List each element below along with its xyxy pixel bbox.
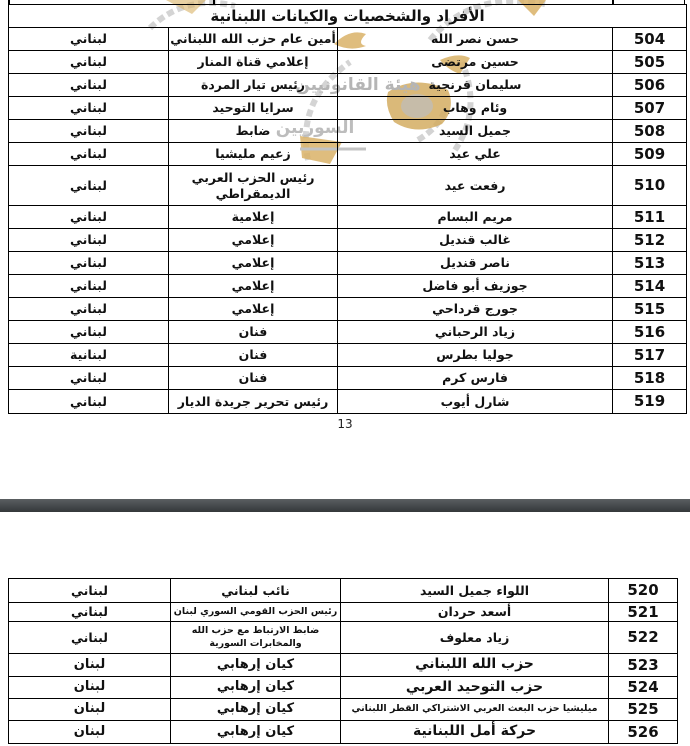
table-row: لبناني إعلامي ناصر قنديل 513 — [9, 252, 686, 275]
cell-role: رئيس الحزب العربي الديمقراطي — [169, 166, 338, 205]
table-page-13: الأفراد والشخصيات والكيانات اللبنانية لب… — [8, 4, 687, 414]
table-row: لبنانية فنان جوليا بطرس 517 — [9, 344, 686, 367]
cell-nationality: لبناني — [9, 97, 169, 119]
cell-role: كيان إرهابي — [171, 654, 341, 676]
cell-name: غالب قنديل — [338, 229, 613, 251]
cell-name: حسين مرتضى — [338, 51, 613, 73]
page-number: 13 — [0, 417, 690, 431]
table-row: لبناني ضابط جميل السيد 508 — [9, 120, 686, 143]
cell-name: اللواء جميل السيد — [341, 579, 609, 602]
cell-name: فارس كرم — [338, 367, 613, 389]
cell-role: أمين عام حزب الله اللبناني — [169, 28, 338, 50]
cell-name: علي عيد — [338, 143, 613, 165]
cell-role: إعلامي — [169, 275, 338, 297]
cell-number: 513 — [613, 252, 686, 274]
cell-role: ضابط الارتباط مع حزب الله والمخابرات الس… — [171, 622, 341, 653]
cell-role: إعلامي قناة المنار — [169, 51, 338, 73]
cell-role: فنان — [169, 344, 338, 366]
cell-number: 510 — [613, 166, 686, 205]
cell-name: مريم البسام — [338, 206, 613, 228]
cell-name: جميل السيد — [338, 120, 613, 142]
cell-role: ضابط — [169, 120, 338, 142]
cell-name: حسن نصر الله — [338, 28, 613, 50]
cell-number: 517 — [613, 344, 686, 366]
cell-name: سليمان فرنجية — [338, 74, 613, 96]
cell-nationality: لبناني — [9, 166, 169, 205]
cell-role: كيان إرهابي — [171, 677, 341, 698]
cell-number: 511 — [613, 206, 686, 228]
table-row: لبناني إعلامي جورج قرداحي 515 — [9, 298, 686, 321]
table-row: لبناني رئيس الحزب العربي الديمقراطي رفعت… — [9, 166, 686, 206]
cell-number: 524 — [609, 677, 677, 698]
cell-name: حزب الله اللبناني — [341, 654, 609, 676]
table-row: لبنان كيان إرهابي حزب الله اللبناني 523 — [9, 654, 677, 677]
cell-number: 522 — [609, 622, 677, 653]
cell-nationality: لبناني — [9, 28, 169, 50]
cell-role: إعلامي — [169, 298, 338, 320]
cell-role: فنان — [169, 367, 338, 389]
cell-number: 521 — [609, 603, 677, 621]
cell-number: 525 — [609, 699, 677, 720]
cell-name: وئام وهاب — [338, 97, 613, 119]
cell-number: 514 — [613, 275, 686, 297]
cell-name: رفعت عيد — [338, 166, 613, 205]
cell-nationality: لبنانية — [9, 344, 169, 366]
cell-name: زياد معلوف — [341, 622, 609, 653]
cell-number: 523 — [609, 654, 677, 676]
table-row: لبناني رئيس الحزب القومي السوري لبنان أس… — [9, 603, 677, 622]
cell-role: إعلامي — [169, 229, 338, 251]
cell-name: جوليا بطرس — [338, 344, 613, 366]
cell-role: رئيس الحزب القومي السوري لبنان — [171, 603, 341, 621]
table-row: لبناني زعيم مليشيا علي عيد 509 — [9, 143, 686, 166]
table-row: لبناني إعلامي غالب قنديل 512 — [9, 229, 686, 252]
cell-number: 515 — [613, 298, 686, 320]
document-page: هيئة القانونيين السوريين الأفراد والشخصي… — [0, 0, 690, 746]
cell-role: زعيم مليشيا — [169, 143, 338, 165]
cell-number: 512 — [613, 229, 686, 251]
cell-role: كيان إرهابي — [171, 721, 341, 743]
cell-nationality: لبناني — [9, 252, 169, 274]
cell-name: جورج قرداحي — [338, 298, 613, 320]
cell-number: 509 — [613, 143, 686, 165]
cell-name: ميليشيا حزب البعث العربي الاشتراكي القطر… — [341, 699, 609, 720]
cell-number: 507 — [613, 97, 686, 119]
cell-nationality: لبناني — [9, 74, 169, 96]
cell-nationality: لبنان — [9, 677, 171, 698]
table-row: لبناني رئيس تحرير جريدة الديار شارل أيوب… — [9, 390, 686, 413]
table-row: لبناني إعلامي جوزيف أبو فاضل 514 — [9, 275, 686, 298]
cell-nationality: لبنان — [9, 699, 171, 720]
section-header-row: الأفراد والشخصيات والكيانات اللبنانية — [9, 5, 686, 28]
table-row: لبنان كيان إرهابي حزب التوحيد العربي 524 — [9, 677, 677, 699]
cell-role: نائب لبناني — [171, 579, 341, 602]
cell-name: زياد الرحباني — [338, 321, 613, 343]
table-row: لبناني سرايا التوحيد وئام وهاب 507 — [9, 97, 686, 120]
cell-role: إعلامي — [169, 252, 338, 274]
cell-name: حركة أمل اللبنانية — [341, 721, 609, 743]
cell-number: 504 — [613, 28, 686, 50]
cell-nationality: لبناني — [9, 390, 169, 413]
cell-number: 526 — [609, 721, 677, 743]
cell-number: 505 — [613, 51, 686, 73]
cell-nationality: لبناني — [9, 579, 171, 602]
section-header: الأفراد والشخصيات والكيانات اللبنانية — [9, 5, 686, 27]
cell-number: 519 — [613, 390, 686, 413]
cell-name: حزب التوحيد العربي — [341, 677, 609, 698]
table-row: لبناني نائب لبناني اللواء جميل السيد 520 — [9, 579, 677, 603]
cell-number: 520 — [609, 579, 677, 602]
table-row: لبناني أمين عام حزب الله اللبناني حسن نص… — [9, 28, 686, 51]
cell-number: 516 — [613, 321, 686, 343]
cell-number: 508 — [613, 120, 686, 142]
table-row: لبنان كيان إرهابي ميليشيا حزب البعث العر… — [9, 699, 677, 721]
cell-role: كيان إرهابي — [171, 699, 341, 720]
cell-nationality: لبناني — [9, 603, 171, 621]
cell-number: 506 — [613, 74, 686, 96]
cell-nationality: لبنان — [9, 654, 171, 676]
table-row: لبنان كيان إرهابي حركة أمل اللبنانية 526 — [9, 721, 677, 743]
cell-nationality: لبناني — [9, 367, 169, 389]
cell-nationality: لبناني — [9, 622, 171, 653]
table-row: لبناني ضابط الارتباط مع حزب الله والمخاب… — [9, 622, 677, 654]
cell-role: رئيس تيار المردة — [169, 74, 338, 96]
page-separator — [0, 499, 690, 512]
table-page-14: لبناني نائب لبناني اللواء جميل السيد 520… — [8, 578, 678, 744]
cell-nationality: لبناني — [9, 229, 169, 251]
table-row: لبناني رئيس تيار المردة سليمان فرنجية 50… — [9, 74, 686, 97]
cell-name: شارل أيوب — [338, 390, 613, 413]
cell-nationality: لبناني — [9, 120, 169, 142]
cell-name: جوزيف أبو فاضل — [338, 275, 613, 297]
cell-nationality: لبناني — [9, 298, 169, 320]
cell-nationality: لبناني — [9, 143, 169, 165]
table-row: لبناني فنان فارس كرم 518 — [9, 367, 686, 390]
cell-role: فنان — [169, 321, 338, 343]
cell-role: سرايا التوحيد — [169, 97, 338, 119]
cell-name: أسعد حردان — [341, 603, 609, 621]
table-row: لبناني فنان زياد الرحباني 516 — [9, 321, 686, 344]
cell-nationality: لبناني — [9, 321, 169, 343]
cell-nationality: لبنان — [9, 721, 171, 743]
cell-nationality: لبناني — [9, 206, 169, 228]
table-row: لبناني إعلامي قناة المنار حسين مرتضى 505 — [9, 51, 686, 74]
table-row: لبناني إعلامية مريم البسام 511 — [9, 206, 686, 229]
cell-number: 518 — [613, 367, 686, 389]
cell-nationality: لبناني — [9, 275, 169, 297]
cell-role: رئيس تحرير جريدة الديار — [169, 390, 338, 413]
cell-name: ناصر قنديل — [338, 252, 613, 274]
cell-role: إعلامية — [169, 206, 338, 228]
cell-nationality: لبناني — [9, 51, 169, 73]
